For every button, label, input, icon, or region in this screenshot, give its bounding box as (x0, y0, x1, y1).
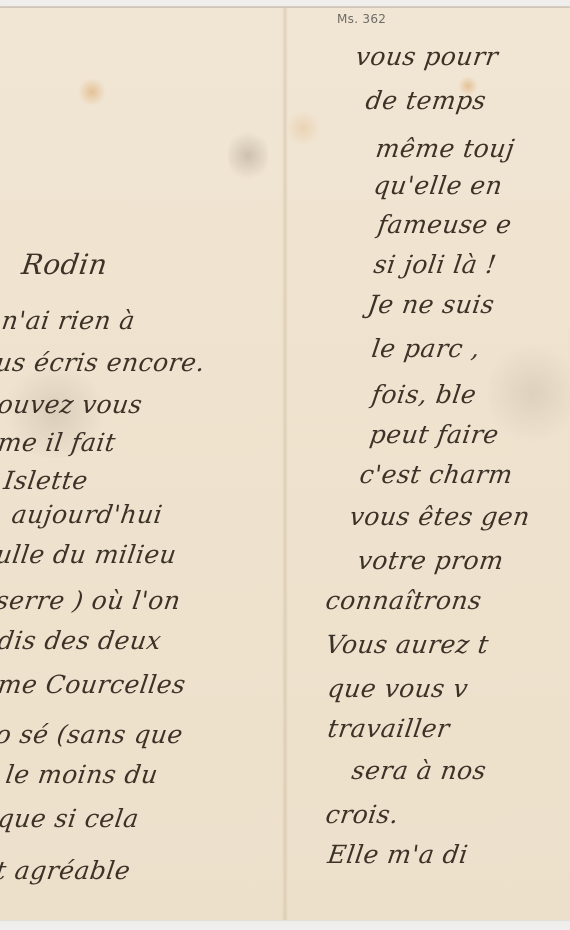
handwriting-line: peut faire (368, 420, 501, 449)
smudge (488, 338, 570, 448)
handwriting-line: ouvez vous (0, 390, 144, 419)
handwriting-line: Islette (2, 466, 90, 495)
handwriting-line: qu'elle en (372, 171, 504, 200)
handwriting-line: fameuse e (376, 210, 514, 239)
handwriting-line: Je ne suis (366, 290, 496, 319)
handwriting-line: serre ) où l'on (0, 586, 183, 615)
handwriting-line: fois, ble (370, 380, 478, 409)
handwriting-line: que si cela (0, 804, 141, 833)
foxing-spot (78, 78, 106, 106)
handwriting-line: travailler (326, 714, 452, 743)
handwriting-line: votre prom (356, 546, 506, 575)
handwriting-line: c'est charm (358, 460, 515, 489)
handwriting-line: us écris encore. (0, 348, 207, 377)
left-page: Rodin n'ai rien à us écris encore. ouvez… (0, 8, 282, 920)
handwriting-line: ulle du milieu (0, 540, 179, 569)
handwriting-line: o sé (sans que (0, 720, 185, 749)
handwriting-line: vous pourr (354, 42, 500, 71)
handwriting-line: de temps (364, 86, 488, 115)
handwriting-line: me il fait (0, 428, 118, 457)
handwriting-line: me Courcelles (0, 670, 188, 699)
handwriting-line: même touj (374, 134, 516, 163)
handwriting-line: Vous aurez t (324, 630, 491, 659)
right-page: vous pourr de temps même touj qu'elle en… (288, 8, 570, 920)
handwriting-line: vous êtes gen (348, 502, 532, 531)
letter-sheet: Rodin n'ai rien à us écris encore. ouvez… (0, 8, 570, 920)
shelfmark-label: Ms. 362 (337, 12, 386, 26)
handwriting-line: Rodin (20, 248, 110, 281)
handwriting-line: aujourd'hui (10, 500, 165, 529)
handwriting-line: sera à nos (350, 756, 488, 785)
handwriting-line: Elle m'a di (326, 840, 470, 869)
handwriting-line: connaîtrons (324, 586, 484, 615)
handwriting-line: si joli là ! (372, 250, 498, 279)
handwriting-line: le moins du (4, 760, 160, 789)
handwriting-line: t agréable (0, 856, 132, 885)
handwriting-line: crois. (324, 800, 401, 829)
handwriting-line: le parc , (370, 334, 482, 363)
handwriting-line: n'ai rien à (0, 306, 137, 335)
ink-stain (228, 128, 268, 183)
foxing-spot (288, 108, 318, 148)
handwriting-line: que vous v (326, 674, 470, 703)
handwriting-line: dis des deux (0, 626, 163, 655)
